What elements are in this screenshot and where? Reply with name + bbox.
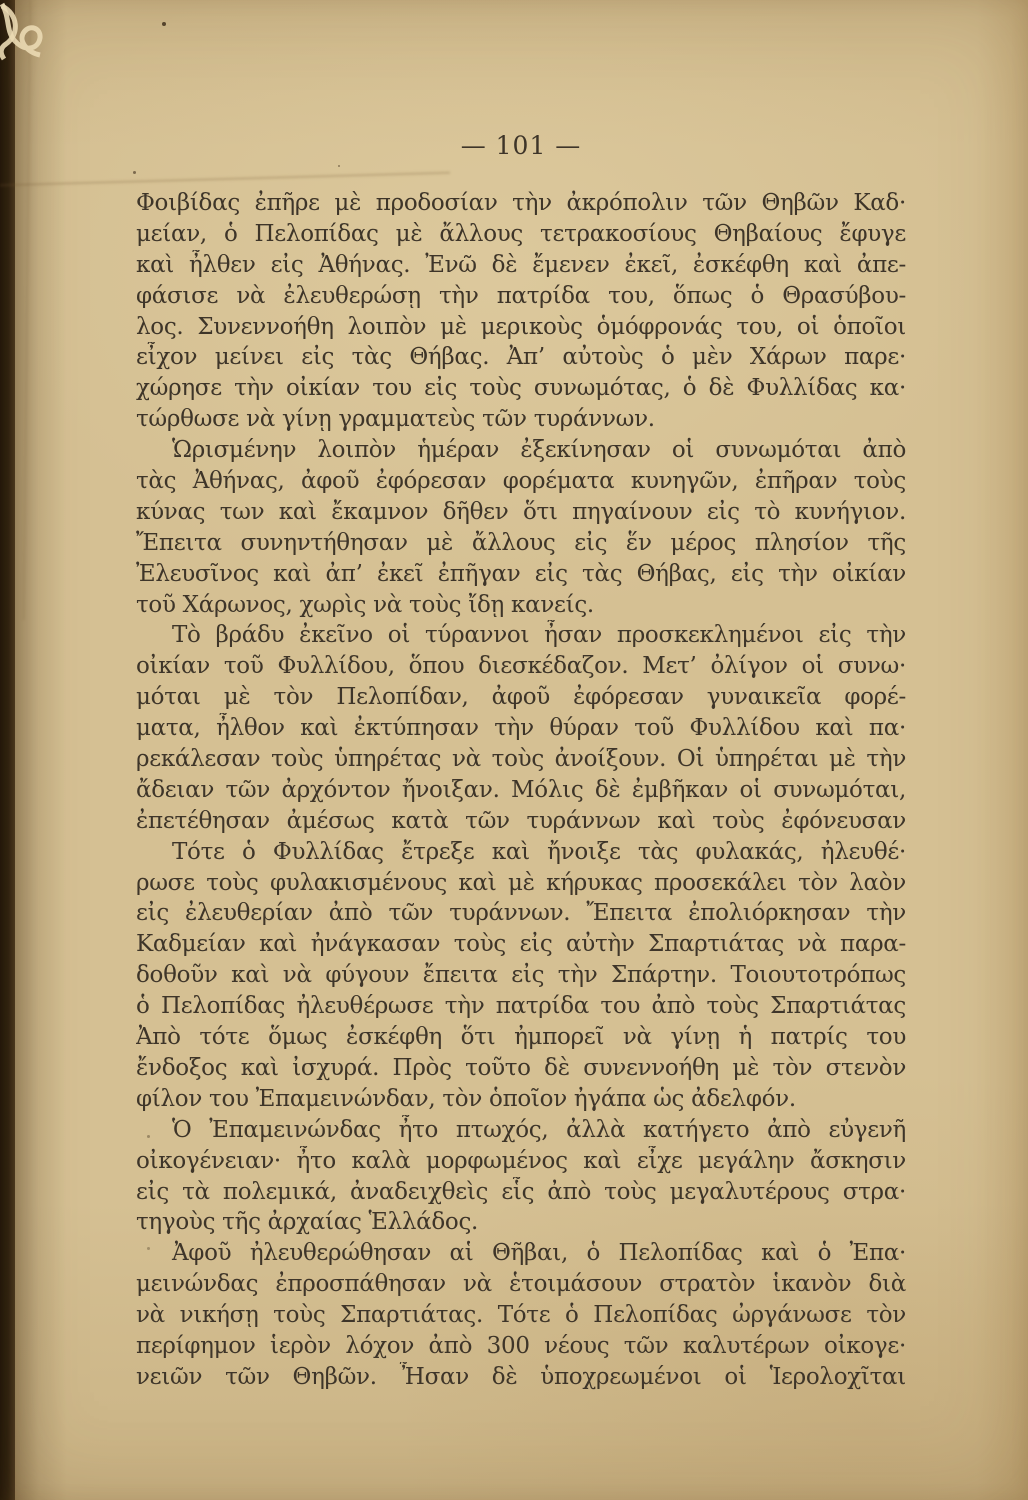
- paper-crease: [0, 172, 450, 187]
- text-line: ἔνδοξος καὶ ἰσχυρά. Πρὸς τοῦτο δὲ συνενν…: [136, 1053, 906, 1084]
- text-line: ρωσε τοὺς φυλακισμένους καὶ μὲ κήρυκας π…: [136, 868, 906, 899]
- text-line: Ἔπειτα συνηντήθησαν μὲ ἄλλους εἰς ἕν μέρ…: [136, 528, 906, 559]
- text-line: τοῦ Χάρωνος, χωρὶς νὰ τοὺς ἴδῃ κανείς.: [136, 590, 906, 621]
- page-number: — 101 —: [136, 132, 906, 160]
- text-line: εἰς ἐλευθερίαν ἀπὸ τῶν τυράννων. Ἔπειτα …: [136, 898, 906, 929]
- text-line: ἐπετέθησαν ἀμέσως κατὰ τῶν τυράννων καὶ …: [136, 806, 906, 837]
- text-line: καὶ ἦλθεν εἰς Ἀθήνας. Ἐνῶ δὲ ἔμενεν ἐκεῖ…: [136, 250, 906, 281]
- text-line: Καδμείαν καὶ ἠνάγκασαν τοὺς εἰς αὐτὴν Σπ…: [136, 929, 906, 960]
- text-line: ὁ Πελοπίδας ἠλευθέρωσε τὴν πατρίδα του ἀ…: [136, 991, 906, 1022]
- ink-speck: [133, 171, 136, 174]
- text-line: μεινώνδας ἐπροσπάθησαν νὰ ἑτοιμάσουν στρ…: [136, 1269, 906, 1300]
- text-line: ἄδειαν τῶν ἀρχόντον ἤνοιξαν. Μόλις δὲ ἐμ…: [136, 775, 906, 806]
- text-line: μείαν, ὁ Πελοπίδας μὲ ἄλλους τετρακοσίου…: [136, 219, 906, 250]
- text-line: οἰκογένειαν· ἦτο καλὰ μορφωμένος καὶ εἶχ…: [136, 1146, 906, 1177]
- text-line: Τὸ βράδυ ἐκεῖνο οἱ τύραννοι ἦσαν προσκεκ…: [136, 620, 906, 651]
- text-line: φίλον του Ἐπαμεινώνδαν, τὸν ὁποῖον ἠγάπα…: [136, 1084, 906, 1115]
- binding-shadow: [15, 0, 67, 1500]
- text-line: μόται μὲ τὸν Πελοπίδαν, ἀφοῦ ἐφόρεσαν γυ…: [136, 682, 906, 713]
- text-line: λος. Συνεννοήθη λοιπὸν μὲ μερικοὺς ὁμόφρ…: [136, 312, 906, 343]
- book-page: — 101 — Φοιβίδας ἐπῆρε μὲ προδοσίαν τὴν …: [0, 0, 1028, 1500]
- ink-speck: [162, 22, 166, 26]
- text-line: κύνας των καὶ ἔκαμνον δῆθεν ὅτι πηγαίνου…: [136, 497, 906, 528]
- text-line: περίφημον ἱερὸν λόχον ἀπὸ 300 νέους τῶν …: [136, 1331, 906, 1362]
- text-line: Ἐλευσῖνος καὶ ἀπ’ ἐκεῖ ἐπῆγαν εἰς τὰς Θή…: [136, 559, 906, 590]
- ink-speck: [338, 165, 340, 167]
- text-line: τὰς Ἀθήνας, ἀφοῦ ἐφόρεσαν φορέματα κυνηγ…: [136, 466, 906, 497]
- text-line: Ὁ Ἐπαμεινώνδας ἦτο πτωχός, ἀλλὰ κατήγετο…: [136, 1115, 906, 1146]
- text-line: Ἀφοῦ ἠλευθερώθησαν αἱ Θῆβαι, ὁ Πελοπίδας…: [136, 1238, 906, 1269]
- text-line: Ἀπὸ τότε ὅμως ἐσκέφθη ὅτι ἠμπορεῖ νὰ γίν…: [136, 1022, 906, 1053]
- text-line: οἰκίαν τοῦ Φυλλίδου, ὅπου διεσκέδαζον. Μ…: [136, 651, 906, 682]
- text-line: ρεκάλεσαν τοὺς ὑπηρέτας νὰ τοὺς ἀνοίξουν…: [136, 744, 906, 775]
- text-line: Φοιβίδας ἐπῆρε μὲ προδοσίαν τὴν ἀκρόπολι…: [136, 188, 906, 219]
- text-line: τώρθωσε νὰ γίνῃ γραμματεὺς τῶν τυράννων.: [136, 404, 906, 435]
- text-line: δοθοῦν καὶ νὰ φύγουν ἔπειτα εἰς τὴν Σπάρ…: [136, 960, 906, 991]
- text-line: εἶχον μείνει εἰς τὰς Θήβας. Ἀπ’ αὐτοὺς ὁ…: [136, 342, 906, 373]
- binding-edge: [0, 0, 15, 1500]
- binding-thread: [0, 0, 52, 62]
- text-line: νὰ νικήσῃ τοὺς Σπαρτιάτας. Τότε ὁ Πελοπί…: [136, 1300, 906, 1331]
- text-line: εἰς τὰ πολεμικά, ἀναδειχθεὶς εἷς ἀπὸ τοὺ…: [136, 1177, 906, 1208]
- text-line: φάσισε νὰ ἐλευθερώσῃ τὴν πατρίδα του, ὅπ…: [136, 281, 906, 312]
- text-line: Ὡρισμένην λοιπὸν ἡμέραν ἐξεκίνησαν οἱ συ…: [136, 435, 906, 466]
- text-line: νειῶν τῶν Θηβῶν. Ἦσαν δὲ ὑποχρεωμένοι οἱ…: [136, 1362, 906, 1393]
- text-line: ματα, ἦλθον καὶ ἐκτύπησαν τὴν θύραν τοῦ …: [136, 713, 906, 744]
- text-block: Φοιβίδας ἐπῆρε μὲ προδοσίαν τὴν ἀκρόπολι…: [136, 188, 906, 1393]
- text-line: χώρησε τὴν οἰκίαν του εἰς τοὺς συνωμότας…: [136, 373, 906, 404]
- text-line: τηγοὺς τῆς ἀρχαίας Ἑλλάδος.: [136, 1207, 906, 1238]
- text-line: Τότε ὁ Φυλλίδας ἔτρεξε καὶ ἤνοιξε τὰς φυ…: [136, 837, 906, 868]
